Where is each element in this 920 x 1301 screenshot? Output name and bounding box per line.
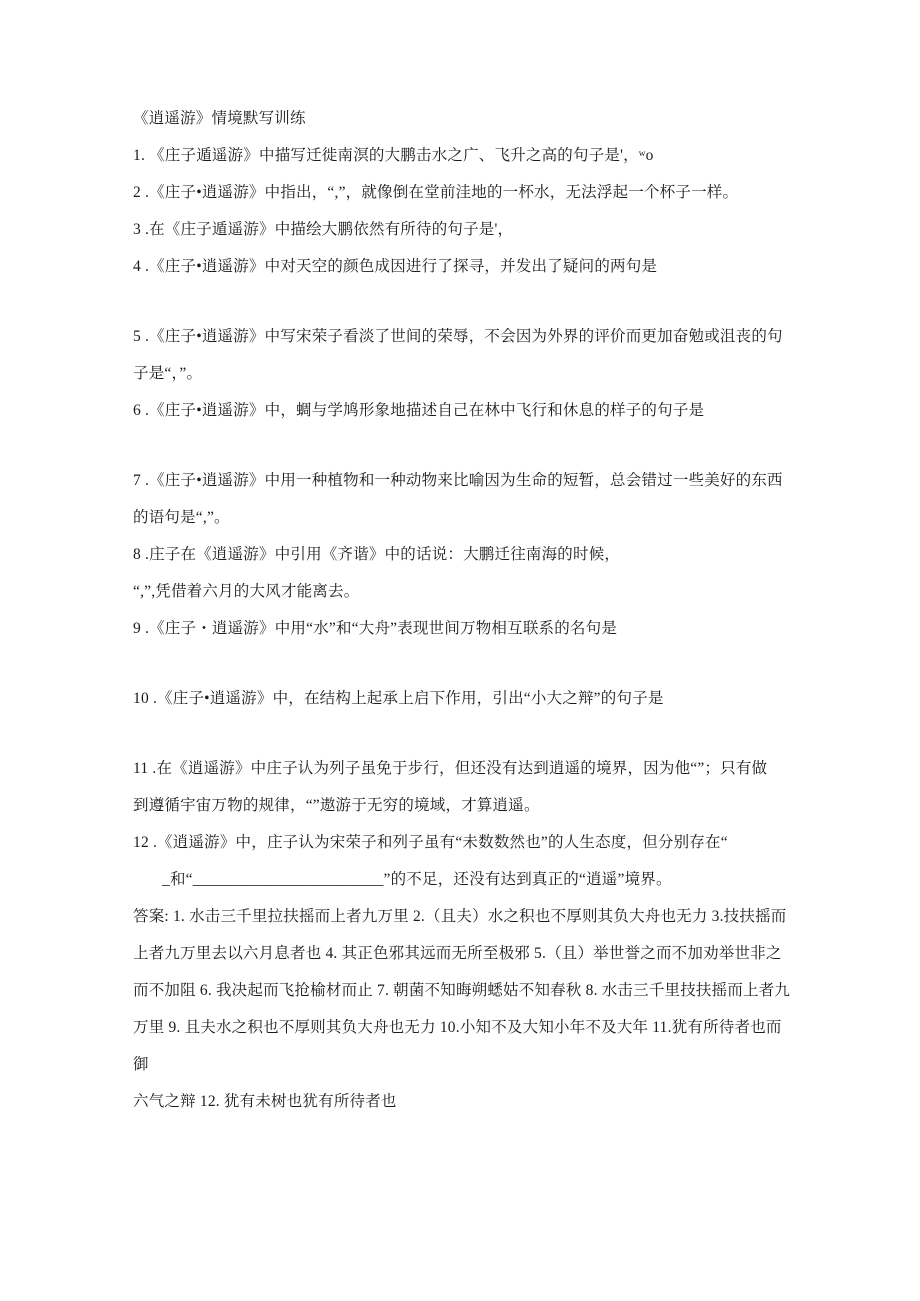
document-page: 《逍遥游》情境默写训练 1. 《庄子遁遥游》中描写迁徙南溟的大鹏击水之广、飞升之… <box>133 100 873 1120</box>
answers-line-1: 答案: 1. 水击三千里拉扶摇而上者九万里 2.（且夫）水之积也不厚则其负大舟也… <box>133 898 873 935</box>
question-3: 3 .在《庄子遁遥游》中描绘大鹏依然有所待的句子是'， <box>133 211 873 248</box>
question-2: 2 .《庄子•逍遥游》中指出，“,”，就像倒在堂前洼地的一杯水，无法浮起一个杯子… <box>133 174 873 211</box>
question-12-line-2-blank: _和“________________________”的不足，还没有达到真正的… <box>133 861 873 898</box>
question-5-line-1: 5 .《庄子•逍遥游》中写宋荣子看淡了世间的荣辱，不会因为外界的评价而更加奋勉或… <box>133 318 873 355</box>
question-4: 4 .《庄子•逍遥游》中对天空的颜色成因进行了探寻，并发出了疑问的两句是 <box>133 248 873 285</box>
page-title: 《逍遥游》情境默写训练 <box>133 100 873 137</box>
question-8-line-2: “,”,凭借着六月的大风才能离去。 <box>133 573 873 610</box>
question-12-line-1: 12 .《逍遥游》中，庄子认为宋荣子和列子虽有“未数数然也”的人生态度，但分别存… <box>133 824 873 861</box>
answers-line-6: 六气之辩 12. 犹有未树也犹有所待者也 <box>133 1083 873 1120</box>
answers-line-5: 御 <box>133 1046 873 1083</box>
question-8-line-1: 8 .庄子在《逍遥游》中引用《齐谐》中的话说：大鹏迁往南海的时候， <box>133 536 873 573</box>
question-5-line-2: 子是“，”。 <box>133 355 873 392</box>
answers-line-4: 万里 9. 且夫水之积也不厚则其负大舟也无力 10.小知不及大知小年不及大年 1… <box>133 1009 873 1046</box>
question-11-line-1: 11 .在《逍遥游》中庄子认为列子虽免于步行，但还没有达到逍遥的境界，因为他“”… <box>133 750 873 787</box>
question-7-line-2: 的语句是“,”。 <box>133 499 873 536</box>
answers-line-2: 上者九万里去以六月息者也 4. 其正色邪其远而无所至极邪 5.（且）举世誉之而不… <box>133 935 873 972</box>
question-9: 9 .《庄子・逍遥游》中用“水”和“大舟”表现世间万物相互联系的名句是 <box>133 610 873 647</box>
answers-line-3: 而不加阻 6. 我决起而飞抢榆材而止 7. 朝菌不知晦朔蟋姑不知春秋 8. 水击… <box>133 972 873 1009</box>
question-7-line-1: 7 .《庄子•逍遥游》中用一种植物和一种动物来比喻因为生命的短暂，总会错过一些美… <box>133 462 873 499</box>
question-11-line-2: 到遵循宇宙万物的规律，“”遨游于无穷的境域，才算逍遥。 <box>133 787 873 824</box>
question-6: 6 .《庄子•逍遥游》中，蜩与学鸠形象地描述自己在林中飞行和休息的样子的句子是 <box>133 392 873 429</box>
question-10: 10 .《庄子•逍遥游》中，在结构上起承上启下作用，引出“小大之辩”的句子是 <box>133 680 873 717</box>
question-1: 1. 《庄子遁遥游》中描写迁徙南溟的大鹏击水之广、飞升之高的句子是'，ʷo <box>133 137 873 174</box>
